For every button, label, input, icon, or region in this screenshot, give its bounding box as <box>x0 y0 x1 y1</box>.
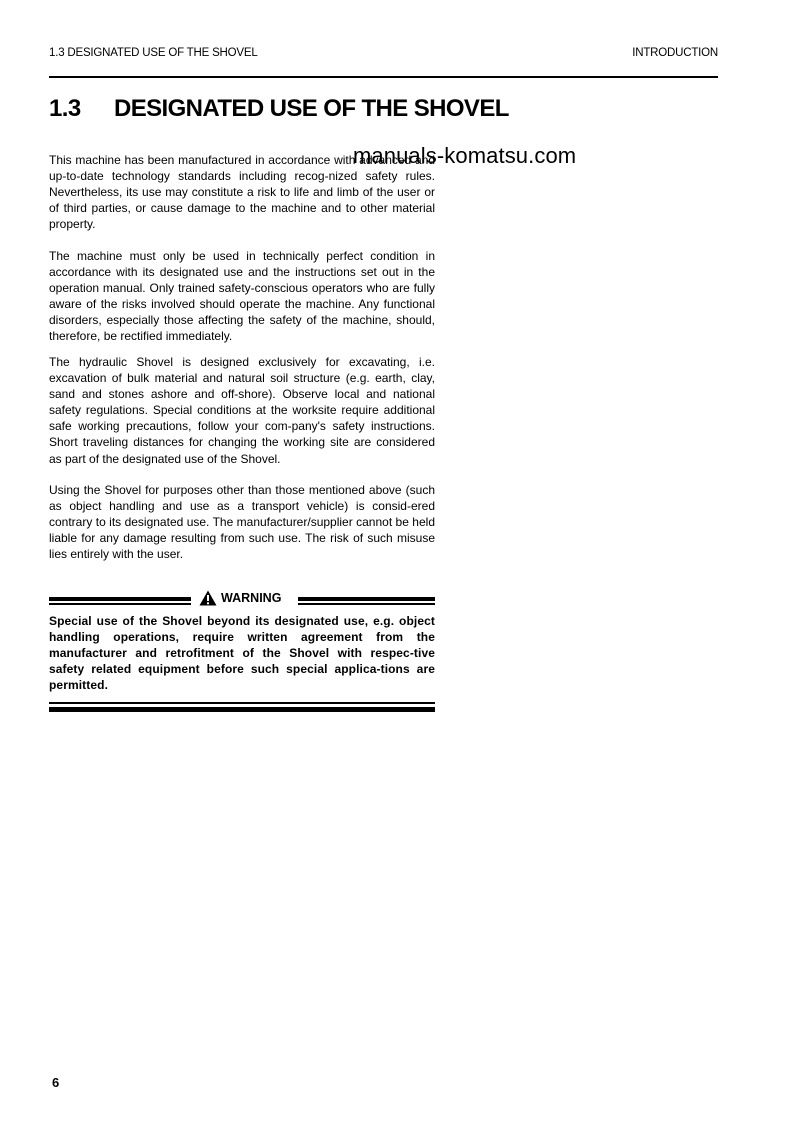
warning-rule-left <box>49 597 191 605</box>
warning-label: WARNING <box>199 590 281 606</box>
warning-text: Special use of the Shovel beyond its des… <box>49 613 435 693</box>
page-number: 6 <box>52 1075 59 1090</box>
paragraph-2: The machine must only be used in technic… <box>49 248 435 345</box>
warning-body: Special use of the Shovel beyond its des… <box>49 613 435 693</box>
paragraph-3: The hydraulic Shovel is designed exclusi… <box>49 354 435 467</box>
section-heading: DESIGNATED USE OF THE SHOVEL <box>114 95 509 122</box>
section-title: 1.3DESIGNATED USE OF THE SHOVEL <box>49 95 509 123</box>
warning-header: WARNING <box>49 590 435 608</box>
running-header-chapter: INTRODUCTION <box>632 47 718 59</box>
running-header: 1.3 DESIGNATED USE OF THE SHOVEL INTRODU… <box>49 47 718 63</box>
running-header-section: 1.3 DESIGNATED USE OF THE SHOVEL <box>49 47 258 59</box>
warning-footer-rule <box>49 702 435 712</box>
warning-triangle-icon <box>199 590 217 606</box>
paragraph-text: The hydraulic Shovel is designed exclusi… <box>49 354 435 467</box>
warning-label-text: WARNING <box>221 591 281 605</box>
paragraph-text: The machine must only be used in technic… <box>49 248 435 345</box>
watermark: manuals-komatsu.com <box>353 143 576 169</box>
section-number: 1.3 <box>49 95 114 123</box>
header-divider <box>49 76 718 78</box>
warning-rule-right <box>298 597 435 605</box>
paragraph-text: Using the Shovel for purposes other than… <box>49 482 435 562</box>
paragraph-4: Using the Shovel for purposes other than… <box>49 482 435 562</box>
